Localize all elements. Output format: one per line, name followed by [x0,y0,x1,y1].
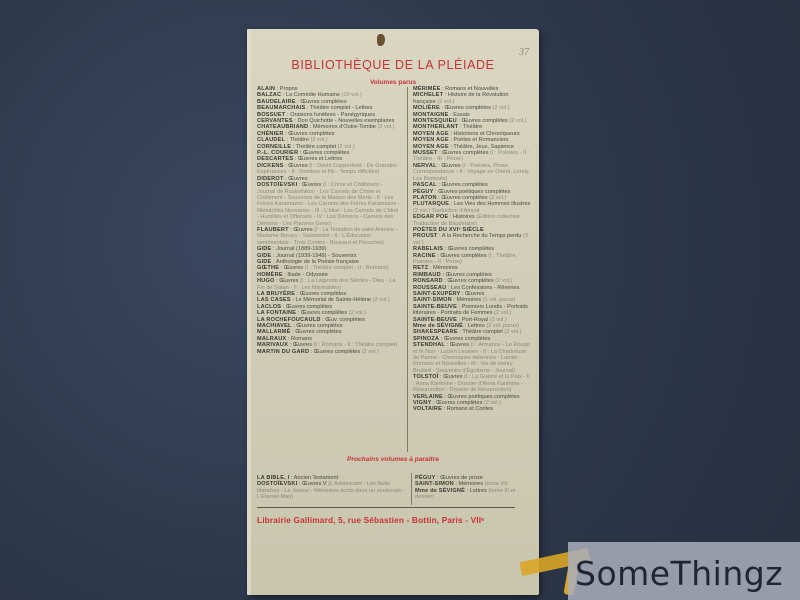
author-name: STENDHAL [413,342,445,348]
author-name: BOSSUET [257,112,285,118]
watermark-logo: SomeThingz [575,554,783,593]
work-title: : Œuvres complètes [291,329,342,335]
work-note: (3 vol.) [488,317,507,323]
work-title: : Théâtre complet [291,144,336,150]
work-title: : Mémoires [454,481,483,487]
author-name: CHATEAUBRIAND [257,124,308,130]
author-name: DOSTOÏEVSKI [257,182,297,188]
work-title: : Œuvres complètes [309,349,360,355]
work-note: (2 vol.) [360,349,379,355]
author-name: MÉRIMÉE [413,86,441,92]
cover-edge-highlight [247,29,251,595]
author-name: HOMÈRE [257,272,283,278]
author-name: LA ROCHEFOUCAULD [257,317,321,323]
work-title: : Théâtre, Jeux, Sapience [449,144,514,150]
author-name: LAS CASES [257,297,291,303]
author-name: MOYEN AGE [413,144,449,150]
work-title: : Œuvres complètes [437,182,488,188]
work-title: : Œuvres complètes [295,291,346,297]
list-item: RACINE : Œuvres complètes (I : Théâtre, … [413,253,531,266]
work-title: : Œuvres et Lettres [293,156,342,162]
work-title: : Œuvres complètes [443,246,494,252]
work-title: : Histoires [448,214,474,220]
author-name: GIDE [257,246,271,252]
work-title: : Œuvres complètes [284,131,335,137]
work-title: : Historiens et Chroniqueurs [449,131,520,137]
published-list-right: MÉRIMÉE : Romans et NouvellesMICHELET : … [413,86,531,413]
list-item: FLAUBERT : Œuvres (I : La Tentation de s… [257,227,400,246]
published-list-left: ALAIN : ProposBALZAC : La Comédie Humain… [257,86,400,355]
author-name: MICHELET [413,92,443,98]
author-name: LACLOS [257,304,281,310]
work-note: (2 vol.) [491,105,510,111]
work-title: : Théâtre complet [458,329,503,335]
work-title: : Œuvres [284,176,308,182]
work-title: : Journal (1889-1939) [271,246,326,252]
author-name: MOLIÈRE [413,105,440,111]
author-name: MARIVAUX [257,342,288,348]
author-name: CERVANTES [257,118,293,124]
book-back-cover: 37 BIBLIOTHÈQUE DE LA PLÉIADE Volumes pa… [247,29,539,595]
author-name: P.-L. COURIER [257,150,298,156]
author-name: SHAKESPEARE [413,329,458,335]
author-name: ALAIN [257,86,275,92]
author-name: MUSSET [413,150,438,156]
work-title: : Poètes et Romanciers [449,137,509,143]
work-note: (I : Crime et Châtiment - Journal de Ras… [257,182,400,226]
work-note: (I : Romans - II : Théâtre complet) [312,342,397,348]
work-title: : La Comédie Humaine [281,92,340,98]
author-name: TOLSTOÏ [413,374,438,380]
work-title: : Journal (1939-1949) - Souvenirs [271,253,356,259]
list-item: PLUTARQUE : Les Vies des Hommes illustre… [413,201,531,214]
work-title: : Œuvres complètes [441,272,492,278]
work-title: : Essais [449,112,470,118]
author-name: SAINT-SIMON [415,481,454,487]
work-note: (2 vol.) [482,400,501,406]
author-name: DOSTOÏEVSKI [257,481,297,487]
work-note: (2 vol.) [376,124,395,130]
work-note: (2 vol.) [508,118,527,124]
upcoming-list-left: LA BIBLE, I : Ancien TestamentDOSTOÏEVSK… [257,475,407,501]
work-note: (tome VI) [483,481,508,487]
author-name: GIDE [257,259,271,265]
work-title: : Romans [286,336,312,342]
work-title: : Œuvres V [297,481,326,487]
work-title: : Œuvres complètes [296,310,347,316]
work-note: (2 vol.) [436,99,455,105]
publisher-address: Librairie Gallimard, 5, rue Sébastien - … [257,515,527,525]
work-title: : Œuvres [437,163,461,169]
author-name: POÈTES DU XVIᵉ SIÈCLE [413,227,484,233]
work-title: : Les Vies des Hommes illustres [449,201,530,207]
author-name: PLATON [413,195,437,201]
author-name: SAINTE-BEUVE [413,317,457,323]
list-item: MARTIN DU GARD : Œuvres complètes (2 vol… [257,349,400,355]
author-name: BAUDELAIRE [257,99,296,105]
pencil-mark: 37 [519,47,529,58]
list-item: MICHELET : Histoire de la Révolution fra… [413,92,531,105]
work-note: (I : Théâtre complet - II : Romans) [303,265,388,271]
work-title: : Œuvres [438,374,462,380]
author-name: MARTIN DU GARD [257,349,309,355]
work-title: : Propos [275,86,297,92]
work-title: : Œuvres [445,342,469,348]
author-name: DIDEROT [257,176,284,182]
author-name: VERLAINE [413,394,443,400]
work-title: : Romans et Nouvelles [441,86,499,92]
work-note: (10 vol.) [340,92,362,98]
list-item: DICKENS : Œuvres (I : David Copperfield … [257,163,400,176]
work-title: : Iliade - Odyssée [283,272,328,278]
author-name: MALLARMÉ [257,329,291,335]
work-title: : Œuvres [284,163,308,169]
work-note: (1 vol. parus) [481,297,515,303]
work-note: (2 vol.) [488,195,507,201]
author-name: MONTESQUIEU [413,118,457,124]
work-note: (2 vol.) [371,297,390,303]
work-title: : Œuvres de prose [436,475,483,481]
list-item: DOSTOÏEVSKI : Œuvres V (L'Adolescent - L… [257,481,407,500]
work-title: : Œuvres complètes [431,400,482,406]
author-name: DESCARTES [257,156,293,162]
work-title: : Mémoires d'Outre-Tombe [308,124,376,130]
horizontal-rule [257,507,515,508]
author-name: RIMBAUD [413,272,441,278]
author-name: NERVAL [413,163,437,169]
work-title: : Œuvres complètes [298,150,349,156]
author-name: LA FONTAINE [257,310,296,316]
work-title: : Œuvres complètes [296,99,347,105]
author-name: SPINOZA [413,336,439,342]
list-item: DOSTOÏEVSKI : Œuvres (I : Crime et Châti… [257,182,400,227]
author-name: RETZ [413,265,428,271]
author-name: BALZAC [257,92,281,98]
author-name: CORNEILLE [257,144,291,150]
work-title: : Don Quichotte - Nouvelles exemplaires [293,118,395,124]
author-name: MALRAUX [257,336,286,342]
upcoming-list-right: PÉGUY : Œuvres de proseSAINT-SIMON : Mém… [415,475,533,501]
work-note: (2 vol.) [336,144,355,150]
list-item: MUSSET : Œuvres complètes (I : Poésies -… [413,150,531,163]
work-title: : Lettres [465,488,487,494]
author-name: RACINE [413,253,436,259]
author-name: VOLTAIRE [413,406,442,412]
author-name: CLAUDEL [257,137,285,143]
upcoming-divider [411,473,412,505]
author-name: GŒTHE [257,265,279,271]
author-name: Mme de SÉVIGNÉ [415,488,465,494]
work-title: : Mémoires [428,265,457,271]
list-item: Mme de SÉVIGNÉ : Lettres (tome III et de… [415,488,533,501]
author-name: PÉGUY [413,189,434,195]
upcoming-heading: Prochains volumes à paraître [247,456,539,463]
work-title: : Œuvres complètes [457,118,508,124]
work-title: : A la Recherche du Temps perdu [438,233,522,239]
author-name: MOYEN AGE [413,131,449,137]
work-title: : Œuvres poétiques complètes [434,189,511,195]
author-name: PLUTARQUE [413,201,449,207]
work-title: : Lettres [463,323,485,329]
list-item: VOLTAIRE : Romans et Contes [413,406,531,412]
work-title: : Œuvres [275,278,299,284]
published-heading: Volumes parus [247,79,539,86]
author-name: MONTAIGNE [413,112,449,118]
author-name: BEAUMARCHAIS [257,105,305,111]
stain-mark [377,34,385,46]
author-name: GIDE [257,253,271,259]
author-name: DICKENS [257,163,284,169]
work-note: (2 vol.) [503,329,522,335]
work-title: : Œuvres poétiques complètes [443,394,520,400]
work-note: (2 vol.) [494,278,513,284]
work-title: : Le Mémorial de Sainte-Hélène [291,297,371,303]
work-note: (2 vol.) [493,310,512,316]
work-title: : Œuv. complètes [321,317,365,323]
work-title: : Œuvres complètes [440,105,491,111]
work-title: : Œuvres complètes [437,195,488,201]
work-title: : Oraisons funèbres - Panégyriques [285,112,375,118]
author-name: CHÉNIER [257,131,284,137]
author-name: ROUSSEAU [413,285,446,291]
author-name: RONSARD [413,278,443,284]
work-title: : Œuvres complètes [281,304,332,310]
work-title: : Les Confessions - Rêveries [446,285,519,291]
list-item: EDGAR POE : Histoires (Édition collectiv… [413,214,531,227]
author-name: HUGO [257,278,275,284]
author-name: SAINT-EXUPÉRY [413,291,460,297]
work-title: : Œuvres [279,265,303,271]
work-title: : Théâtre [458,124,482,130]
list-item: TOLSTOÏ : Œuvres (I : La Guerre et la Pa… [413,374,531,393]
work-title: : Théâtre complet - Lettres [305,105,372,111]
list-item: SAINTE-BEUVE : Premiers Lundis - Portrai… [413,304,531,317]
work-title: : Œuvres complètes [436,253,487,259]
work-title: : Œuvres [297,182,321,188]
author-name: VIGNY [413,400,431,406]
work-title: : Œuvres complètes [438,150,489,156]
list-item: STENDHAL : Œuvres (I : Armance - Le Roug… [413,342,531,374]
work-note: (2 vol.) [347,310,366,316]
author-name: PROUST [413,233,438,239]
list-item: PROUST : A la Recherche du Temps perdu (… [413,233,531,246]
author-name: MONTHERLANT [413,124,458,130]
list-item: HUGO : Œuvres (I : La Légende des Siècle… [257,278,400,291]
work-title: : Œuvres complètes [439,336,490,342]
list-item: NERVAL : Œuvres (I : Poésies, Prose, Cor… [413,163,531,182]
work-title: : Mémoires [452,297,481,303]
work-title: : Port-Royal [457,317,488,323]
author-name: MOYEN AGE [413,137,449,143]
author-name: SAINT-SIMON [413,297,452,303]
work-note: (2 vol. parus) [485,323,519,329]
work-title: : Œuvres complètes [443,278,494,284]
author-name: LA BRUYÈRE [257,291,295,297]
work-title: : Théâtre [285,137,309,143]
work-title: : Romans et Contes [442,406,493,412]
work-note: (2 vol.) [309,137,328,143]
work-title: : Œuvres [288,342,312,348]
author-name: SAINTE-BEUVE [413,304,457,310]
work-title: : Œuvres [460,291,484,297]
column-divider [407,87,408,452]
author-name: Mme de SÉVIGNÉ [413,323,463,329]
author-name: EDGAR POE [413,214,448,220]
work-title: : Anthologie de la Poésie française [271,259,358,265]
author-name: PÉGUY [415,475,436,481]
series-title: BIBLIOTHÈQUE DE LA PLÉIADE [247,58,539,72]
author-name: PASCAL [413,182,437,188]
author-name: RABELAIS [413,246,443,252]
work-note: (2 vol.) Traduction d'Amyot [413,208,479,214]
